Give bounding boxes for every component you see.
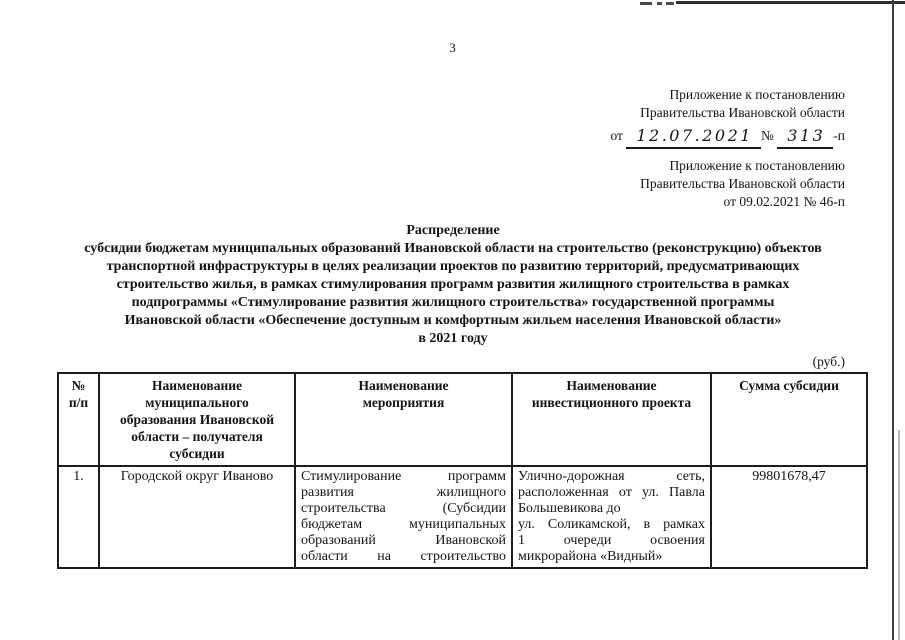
project-cell: Улично-дорожная сеть,расположенная от ул… bbox=[512, 466, 711, 568]
activity-cell: Стимулирование программразвития жилищног… bbox=[295, 466, 512, 568]
scan-edge-right-line-light bbox=[898, 430, 900, 640]
document-page: 3 Приложение к постановлению Правительст… bbox=[0, 0, 905, 640]
scan-edge-top-dash bbox=[666, 2, 674, 5]
scan-edge-top-line bbox=[676, 1, 905, 4]
scan-edge-top-dash bbox=[657, 2, 662, 5]
scan-edge-right-line bbox=[892, 0, 894, 640]
col-header-num: № п/п bbox=[58, 373, 99, 466]
scan-edge-top-dash bbox=[640, 2, 652, 5]
amount-cell: 99801678,47 bbox=[711, 466, 867, 568]
appendix-date-line: от 12.07.2021№ 313-п bbox=[610, 123, 845, 148]
municipality-cell: Городской округ Иваново bbox=[99, 466, 295, 568]
col-header-project: Наименование инвестиционного проекта bbox=[512, 373, 711, 466]
table-header-row: № п/п Наименование муниципального образо… bbox=[58, 373, 867, 466]
appendix-line: Правительства Ивановской области bbox=[610, 104, 845, 122]
currency-note: (руб.) bbox=[813, 354, 845, 370]
table-row: 1. Городской округ Иваново Стимулировани… bbox=[58, 466, 867, 568]
appendix-block-second: Приложение к постановлению Правительства… bbox=[640, 157, 845, 211]
col-header-amount: Сумма субсидии bbox=[711, 373, 867, 466]
document-title: Распределение субсидии бюджетам муниципа… bbox=[48, 222, 858, 348]
col-header-activity: Наименование мероприятия bbox=[295, 373, 512, 466]
from-label: от bbox=[610, 128, 622, 143]
number-sign: № bbox=[761, 128, 774, 143]
subsidy-table: № п/п Наименование муниципального образо… bbox=[57, 372, 868, 569]
page-number: 3 bbox=[0, 40, 905, 56]
title-heading: Распределение bbox=[48, 222, 858, 240]
number-suffix: -п bbox=[833, 128, 845, 143]
col-header-municipality: Наименование муниципального образования … bbox=[99, 373, 295, 466]
title-body: субсидии бюджетам муниципальных образова… bbox=[48, 240, 858, 348]
row-number-cell: 1. bbox=[58, 466, 99, 568]
appendix-line: Приложение к постановлению bbox=[610, 86, 845, 104]
handwritten-number: 313 bbox=[777, 124, 833, 149]
appendix-date-line: от 09.02.2021 № 46-п bbox=[640, 193, 845, 211]
appendix-line: Правительства Ивановской области bbox=[640, 175, 845, 193]
appendix-block-first: Приложение к постановлению Правительства… bbox=[610, 86, 845, 148]
appendix-line: Приложение к постановлению bbox=[640, 157, 845, 175]
handwritten-date: 12.07.2021 bbox=[626, 124, 761, 149]
